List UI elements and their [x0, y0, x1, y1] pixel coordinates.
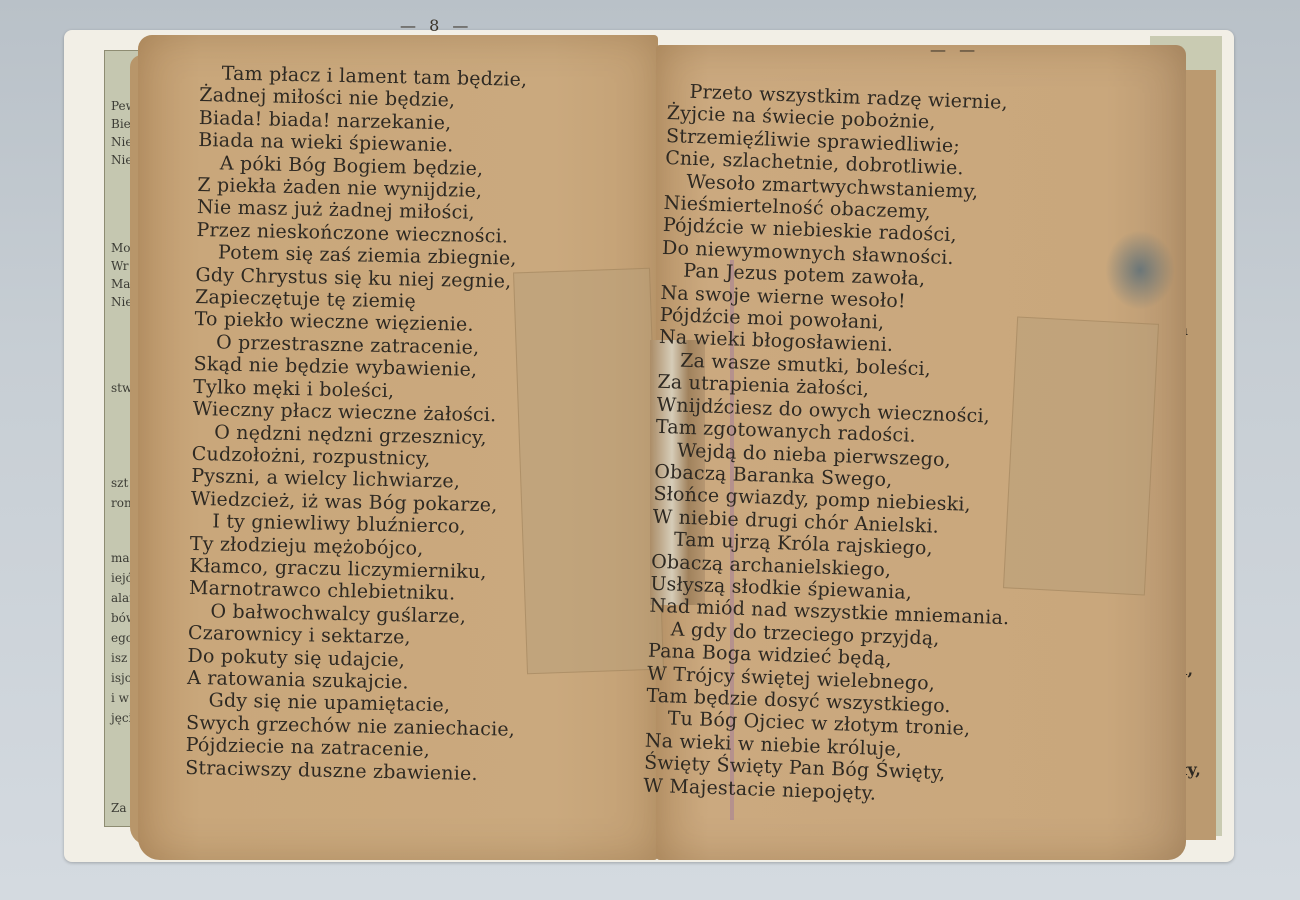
right-page-mark: — —	[930, 40, 979, 59]
left-page-number: — 8 —	[400, 16, 472, 35]
underleaf-fragment: isjo	[111, 671, 132, 685]
right-page-text: Przeto wszystkim radzę wiernie,Żyjcie na…	[643, 80, 1028, 809]
underleaf-fragment: ron	[111, 496, 132, 510]
underleaf-fragment: Wr	[111, 259, 129, 273]
tape-strip-right	[1003, 316, 1159, 595]
ink-stain	[1105, 230, 1175, 310]
underleaf-fragment: i w	[111, 691, 129, 705]
scan-scene: ol0:006d4a0Q44 PewBiegNieNieMożWrMaNiest…	[0, 0, 1300, 900]
underleaf-fragment: isz	[111, 651, 127, 665]
tape-strip-left	[513, 268, 664, 675]
underleaf-fragment: Ma	[111, 277, 130, 291]
underleaf-fragment: szt	[111, 476, 128, 490]
left-page-text: Tam płacz i lament tam będzie,Żadnej mił…	[185, 62, 529, 786]
underleaf-fragment: Za	[111, 801, 127, 815]
